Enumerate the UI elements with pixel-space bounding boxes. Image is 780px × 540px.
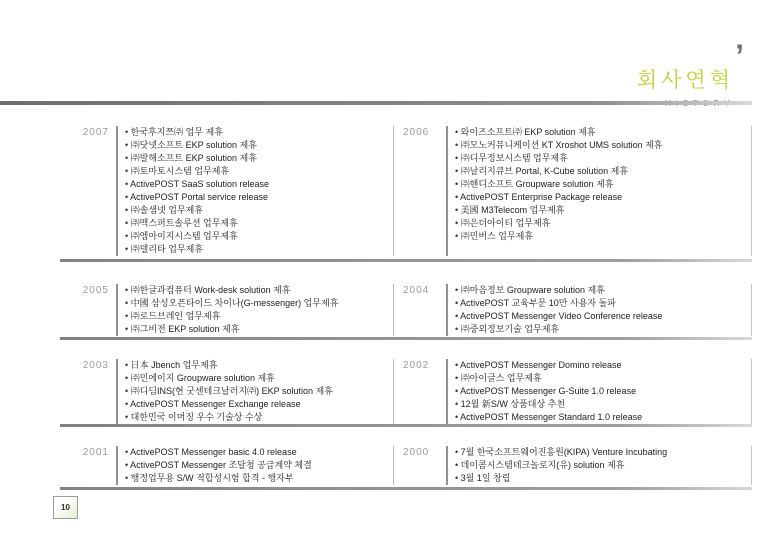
milestone-item: 日本 Jbench 업무제휴 [125,359,393,372]
milestone-item: ㈜마음정보 Groupware solution 제휴 [455,284,751,297]
milestone-item: ㈜디딤INS(현 굿센테크날러지㈜) EKP solution 제휴 [125,385,393,398]
year-label-2005: 2005 [60,284,116,336]
milestone-item: ㈜그비전 EKP solution 제휴 [125,323,393,336]
milestone-item: 대한민국 이머징 우수 기술상 수상 [125,411,393,424]
milestone-item: ActivePOST Messenger G-Suite 1.0 release [455,385,751,398]
title-divider [0,101,752,105]
year-label-2000: 2000 [394,446,446,485]
milestone-list-2004: ㈜마음정보 Groupware solution 제휴ActivePOST 교육… [446,284,752,336]
year-label-2002: 2002 [394,359,446,424]
milestone-item: ㈜닷넷소프트 EKP solution 제휴 [125,139,393,152]
year-label-2001: 2001 [60,446,116,485]
milestone-item: ㈜로드브레인 업무제휴 [125,310,393,323]
page-number-badge: 10 [53,496,78,519]
milestone-list-2005: ㈜한글과컴퓨터 Work-desk solution 제휴中國 삼성오픈타이드 … [116,284,394,336]
milestone-list-2000: 7월 한국소프트웨어진흥원(KIPA) Venture Incubating데이… [446,446,752,485]
milestone-item: ActivePOST SaaS solution release [125,178,393,191]
row-divider [60,424,752,427]
year-label-2004: 2004 [394,284,446,336]
milestone-item: ㈜민에이지 Groupware solution 제휴 [125,372,393,385]
milestone-item: ㈜엠아이지시스템 업무제휴 [125,230,393,243]
milestone-item: ActivePOST Messenger Standard 1.0 releas… [455,411,751,424]
milestone-item: ActivePOST Messenger Video Conference re… [455,310,751,323]
milestone-item: ㈜민버스 업무제휴 [455,230,751,243]
year-label-2003: 2003 [60,359,116,424]
milestone-item: ActivePOST Portal service release [125,191,393,204]
row-divider [60,487,752,490]
milestone-item: ㈜발해소프트 EKP solution 제휴 [125,152,393,165]
milestone-item: ActivePOST Messenger 조달청 공급계약 체결 [125,459,393,472]
milestone-list-2002: ActivePOST Messenger Domino release㈜아이글스… [446,359,752,424]
milestone-item: ㈜델리타 업무제휴 [125,243,393,256]
company-history-slide: ’ 회사연혁 HISTORY 2007 한국후지쯔㈜ 업무 제휴㈜닷넷소프트 E… [0,0,780,540]
milestone-item: ActivePOST Messenger basic 4.0 release [125,446,393,459]
milestone-item: ㈜솔샘넷 업무제휴 [125,204,393,217]
milestone-item: 한국후지쯔㈜ 업무 제휴 [125,126,393,139]
milestone-item: ActivePOST Enterprise Package release [455,191,751,204]
milestone-item: ㈜맥스퍼트솔루션 업무제휴 [125,217,393,230]
milestone-list-2007: 한국후지쯔㈜ 업무 제휴㈜닷넷소프트 EKP solution 제휴㈜발해소프트… [116,126,394,256]
quote-mark-icon: ’ [735,40,744,72]
milestone-item: 행정업무용 S/W 적합성시험 합격 - 행자부 [125,472,393,485]
milestone-item: ㈜토마토시스템 업무제휴 [125,165,393,178]
milestone-item: 데이콤시스템테크놀로지(유) solution 제휴 [455,459,751,472]
milestone-list-2006: 와이즈소프트㈜ EKP solution 제휴㈜모노커뮤니케이션 KT Xros… [446,126,752,256]
page-title: 회사연혁 [637,64,734,94]
history-row-2001-2000: 2001 ActivePOST Messenger basic 4.0 rele… [60,446,752,485]
milestone-item: ㈜핸디소프트 Groupware solution 제휴 [455,178,751,191]
milestone-item: 12월 新S/W 상품대상 추천 [455,398,751,411]
milestone-item: ㈜은더아이티 업무제휴 [455,217,751,230]
year-label-2007: 2007 [60,126,116,256]
milestone-item: ㈜디무정보시스템 업무제휴 [455,152,751,165]
milestone-item: ㈜날리지큐브 Portal, K-Cube solution 제휴 [455,165,751,178]
history-row-2007-2006: 2007 한국후지쯔㈜ 업무 제휴㈜닷넷소프트 EKP solution 제휴㈜… [60,126,752,256]
milestone-item: ㈜한글과컴퓨터 Work-desk solution 제휴 [125,284,393,297]
milestone-item: 7월 한국소프트웨어진흥원(KIPA) Venture Incubating [455,446,751,459]
row-divider [60,259,752,262]
milestone-item: ActivePOST 교육부문 10만 사용자 돌파 [455,297,751,310]
milestone-list-2003: 日本 Jbench 업무제휴㈜민에이지 Groupware solution 제… [116,359,394,424]
milestone-item: 3월 1일 창립 [455,472,751,485]
milestone-item: ActivePOST Messenger Domino release [455,359,751,372]
year-label-2006: 2006 [394,126,446,256]
history-row-2003-2002: 2003 日本 Jbench 업무제휴㈜민에이지 Groupware solut… [60,359,752,424]
milestone-item: 中國 삼성오픈타이드 차이나(G-messenger) 업무제휴 [125,297,393,310]
history-row-2005-2004: 2005 ㈜한글과컴퓨터 Work-desk solution 제휴中國 삼성오… [60,284,752,336]
milestone-item: 美國 M3Telecom 업무제휴 [455,204,751,217]
milestone-item: ActivePOST Messenger Exchange release [125,398,393,411]
milestone-item: 와이즈소프트㈜ EKP solution 제휴 [455,126,751,139]
milestone-item: ㈜중외정보기술 업무제휴 [455,323,751,336]
page-number: 10 [61,503,70,512]
milestone-list-2001: ActivePOST Messenger basic 4.0 releaseAc… [116,446,394,485]
milestone-item: ㈜모노커뮤니케이션 KT Xroshot UMS solution 제휴 [455,139,751,152]
milestone-item: ㈜아이글스 업무제휴 [455,372,751,385]
row-divider [60,337,752,340]
